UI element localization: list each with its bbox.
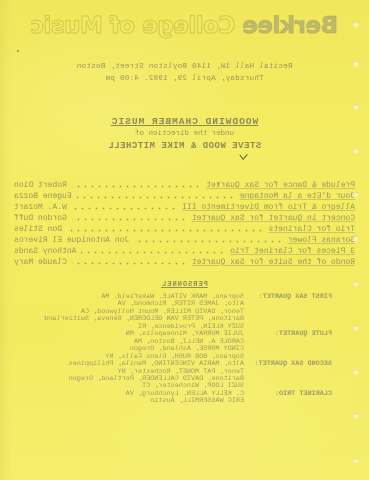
- piece-title: Trio for Clarinets: [269, 225, 355, 234]
- program-item: Allegro & Trio from Divertimento IIIW.A.…: [14, 203, 355, 214]
- event-heading-block: WOODWIND CHAMBER MUSIC under the directi…: [0, 116, 369, 151]
- mirrored-sheet-content: Berklee College of Music Recital Hall 1W…: [0, 0, 369, 480]
- composer-name: Robert Dion: [14, 181, 67, 190]
- personnel-group-members: Soprano, MARK VITALE, Wakefield, MAAlto,…: [44, 294, 244, 331]
- piece-title: 3 Pieces for Clarinet Trio: [230, 247, 355, 256]
- dot-leader: [81, 247, 225, 258]
- college-logo: Berklee College of Music: [0, 13, 369, 39]
- event-directors: STEVE WOOD & MIKE MITCHELL: [0, 141, 369, 151]
- composer-name: Don Stiles: [14, 225, 62, 234]
- personnel-group: FIRST SAX QUARTET:Soprano, MARK VITALE, …: [0, 294, 369, 331]
- dot-leader: [67, 225, 264, 236]
- personnel-group-label: FIRST SAX QUARTET:: [244, 294, 332, 331]
- punch-hole: [353, 22, 359, 28]
- dot-leader: [72, 181, 201, 192]
- personnel-group-label: CLARINET TRIO:: [244, 391, 332, 406]
- personnel-groups: FIRST SAX QUARTET:Soprano, MARK VITALE, …: [0, 294, 369, 406]
- personnel-group-members: C. KELLY ALLEN, Lynchburg, VAERIC WASSER…: [126, 391, 244, 406]
- punch-hole: [353, 413, 359, 419]
- logo-brand-text: Berklee: [243, 13, 338, 39]
- program-item: Soranas FlowerJon Antonique El Riveros: [14, 236, 355, 247]
- event-title: WOODWIND CHAMBER MUSIC: [0, 116, 369, 127]
- dot-leader: [72, 214, 187, 225]
- personnel-group: FLUTE QUARTET:JULIE MURRAY, Minneapolis,…: [0, 331, 369, 361]
- punch-hole: [353, 61, 359, 67]
- piece-title: Soranas Flower: [288, 236, 355, 245]
- piece-title: Rondo of the Suite for Sax Quartet: [192, 258, 355, 267]
- personnel-group-label: FLUTE QUARTET:: [244, 331, 332, 361]
- dot-leader: [77, 192, 235, 203]
- composer-name: Anthony Sands: [14, 247, 76, 256]
- personnel-section: PERSONNEL FIRST SAX QUARTET:Soprano, MAR…: [0, 281, 369, 406]
- composer-name: Gordon Duff: [14, 214, 67, 223]
- piece-title: Concert in Quartet for Sax Quartet: [192, 214, 355, 223]
- program-item: Trio for ClarinetsDon Stiles: [14, 225, 355, 236]
- composer-name: W.A. Mozart: [14, 203, 67, 212]
- venue-address-block: Recital Hall 1W, 1140 Boylston Street, B…: [0, 61, 369, 85]
- program-item: 3 Pieces for Clarinet TrioAnthony Sands: [14, 247, 355, 258]
- event-subtitle: under the direction of: [0, 130, 369, 138]
- dot-leader: [72, 258, 187, 269]
- venue-address-line: Recital Hall 1W, 1140 Boylston Street, B…: [0, 61, 369, 73]
- dot-leader: [134, 236, 283, 247]
- program-item: Rondo of the Suite for Sax QuartetClaude…: [14, 258, 355, 269]
- personnel-group-members: Alto, MARIA VINCENTINO, Manila, Philippi…: [69, 361, 244, 391]
- program-item: Prelude & Dance for Sax QuartetRobert Di…: [14, 181, 355, 192]
- composer-name: Eugene Bozza: [14, 192, 72, 201]
- scanned-program-page: Berklee College of Music Recital Hall 1W…: [0, 0, 369, 480]
- punch-hole: [353, 458, 359, 464]
- composer-name: Claude Mary: [14, 258, 67, 267]
- personnel-heading: PERSONNEL: [0, 281, 369, 289]
- personnel-group: CLARINET TRIO:C. KELLY ALLEN, Lynchburg,…: [0, 391, 369, 406]
- personnel-group-label: SECOND SAX QUARTET:: [244, 361, 332, 391]
- piece-title: Jour d'Ete a la Montagne: [240, 192, 355, 201]
- piece-title: Allegro & Trio from Divertimento III: [182, 203, 355, 212]
- paper-speck: [17, 50, 19, 52]
- punch-hole: [353, 281, 359, 287]
- program-list: Prelude & Dance for Sax QuartetRobert Di…: [14, 181, 355, 269]
- personnel-group: SECOND SAX QUARTET:Alto, MARIA VINCENTIN…: [0, 361, 369, 391]
- punch-hole: [353, 236, 359, 242]
- punch-hole: [353, 148, 359, 154]
- logo-rest-text: College of Music: [31, 13, 243, 39]
- piece-title: Prelude & Dance for Sax Quartet: [206, 181, 355, 190]
- event-datetime-line: Thursday, April 29, 1982. 4:00 pm: [0, 73, 369, 85]
- composer-name: Jon Antonique El Riveros: [14, 236, 129, 245]
- punch-hole: [353, 104, 359, 110]
- personnel-member: ERIC WASSERMILL, Austin: [126, 398, 244, 405]
- paper-speck: [217, 183, 219, 185]
- personnel-group-members: JULIE MURRAY, Minneapolis, MNCAROLE A. N…: [105, 331, 244, 361]
- dot-leader: [72, 203, 177, 214]
- program-item: Jour d'Ete a la MontagneEugene Bozza: [14, 192, 355, 203]
- punch-hole: [353, 369, 359, 375]
- program-item: Concert in Quartet for Sax QuartetGordon…: [14, 214, 355, 225]
- punch-hole: [353, 192, 359, 198]
- punch-hole: [353, 325, 359, 331]
